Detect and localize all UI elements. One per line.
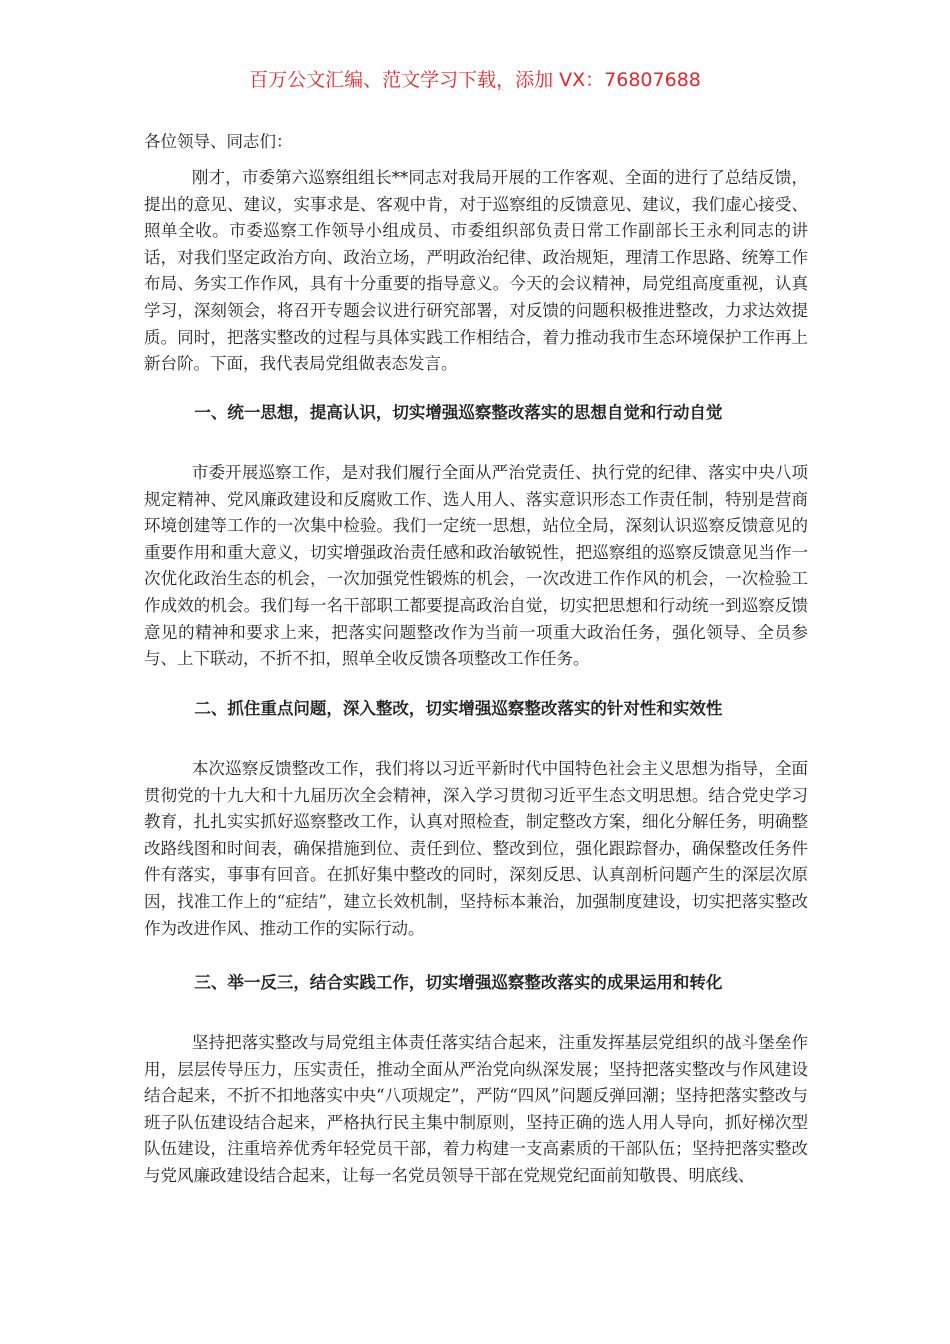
section-heading-3: 三、举一反三，结合实践工作，切实增强巡察整改落实的成果运用和转化 <box>144 969 808 996</box>
section-body-2: 本次巡察反馈整改工作，我们将以习近平新时代中国特色社会主义思想为指导，全面贯彻党… <box>144 756 808 942</box>
greeting: 各位领导、同志们： <box>144 128 293 156</box>
section-heading-1: 一、统一思想，提高认识，切实增强巡察整改落实的思想自觉和行动自觉 <box>144 399 808 426</box>
download-banner: 百万公文汇编、范文学习下载，添加 VX：76807688 <box>0 66 950 94</box>
section-heading-2: 二、抓住重点问题，深入整改，切实增强巡察整改落实的针对性和实效性 <box>144 695 808 722</box>
section-body-3: 坚持把落实整改与局党组主体责任落实结合起来，注重发挥基层党组织的战斗堡垒作用，层… <box>144 1030 808 1190</box>
section-body-1: 市委开展巡察工作，是对我们履行全面从严治党责任、执行党的纪律、落实中央八项规定精… <box>144 460 808 673</box>
intro-paragraph: 刚才，市委第六巡察组组长**同志对我局开展的工作客观、全面的进行了总结反馈，提出… <box>144 165 808 378</box>
